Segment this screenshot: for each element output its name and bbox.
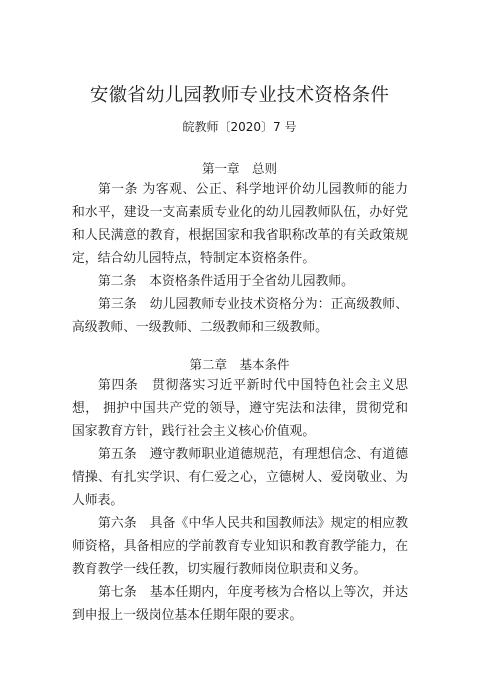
article-7-line-1: 第七条 基本任期内，年度考核为合格以上等次，并达 bbox=[98, 584, 408, 602]
document-number: 皖教师〔2020〕7 号 bbox=[0, 118, 479, 136]
article-3-line-2: 高级教师、一级教师、二级教师和三级教师。 bbox=[72, 319, 408, 337]
article-4-line-2: 想， 拥护中国共产党的领导，遵守宪法和法律，贯彻党和 bbox=[72, 400, 408, 418]
article-4-line-1: 第四条 贯彻落实习近平新时代中国特色社会主义思 bbox=[98, 377, 408, 395]
chapter-heading-1: 第一章 总则 bbox=[0, 160, 479, 178]
document-page: 安徽省幼儿园教师专业技术资格条件 皖教师〔2020〕7 号 第一章 总则 第一条… bbox=[0, 0, 479, 678]
article-1-line-4: 定，结合幼儿园特点，特制定本资格条件。 bbox=[72, 250, 408, 268]
article-1-line-1: 第一条 为客观、公正、科学地评价幼儿园教师的能力 bbox=[98, 181, 408, 199]
article-6-line-1: 第六条 具备《中华人民共和国教师法》规定的相应教 bbox=[98, 515, 408, 533]
chapter-heading-2: 第二章 基本条件 bbox=[0, 356, 479, 374]
article-3-line-1: 第三条 幼儿园教师专业技术资格分为：正高级教师、 bbox=[98, 296, 408, 314]
article-6-line-3: 教育教学一线任教，切实履行教师岗位职责和义务。 bbox=[72, 561, 408, 579]
article-1-line-2: 和水平，建设一支高素质专业化的幼儿园教师队伍，办好党 bbox=[72, 204, 408, 222]
article-6-line-2: 师资格，具备相应的学前教育专业知识和教育教学能力，在 bbox=[72, 538, 408, 556]
article-7-line-2: 到申报上一级岗位基本任期年限的要求。 bbox=[72, 607, 408, 625]
article-4-line-3: 国家教育方针，践行社会主义核心价值观。 bbox=[72, 423, 408, 441]
article-1-line-3: 和人民满意的教育，根据国家和我省职称改革的有关政策规 bbox=[72, 227, 408, 245]
document-title: 安徽省幼儿园教师专业技术资格条件 bbox=[0, 84, 479, 108]
article-2-line-1: 第二条 本资格条件适用于全省幼儿园教师。 bbox=[98, 273, 408, 291]
article-5-line-3: 人师表。 bbox=[72, 492, 408, 510]
article-5-line-2: 情操、有扎实学识、有仁爱之心，立德树人、爱岗敬业、为 bbox=[72, 469, 408, 487]
article-5-line-1: 第五条 遵守教师职业道德规范，有理想信念、有道德 bbox=[98, 446, 408, 464]
